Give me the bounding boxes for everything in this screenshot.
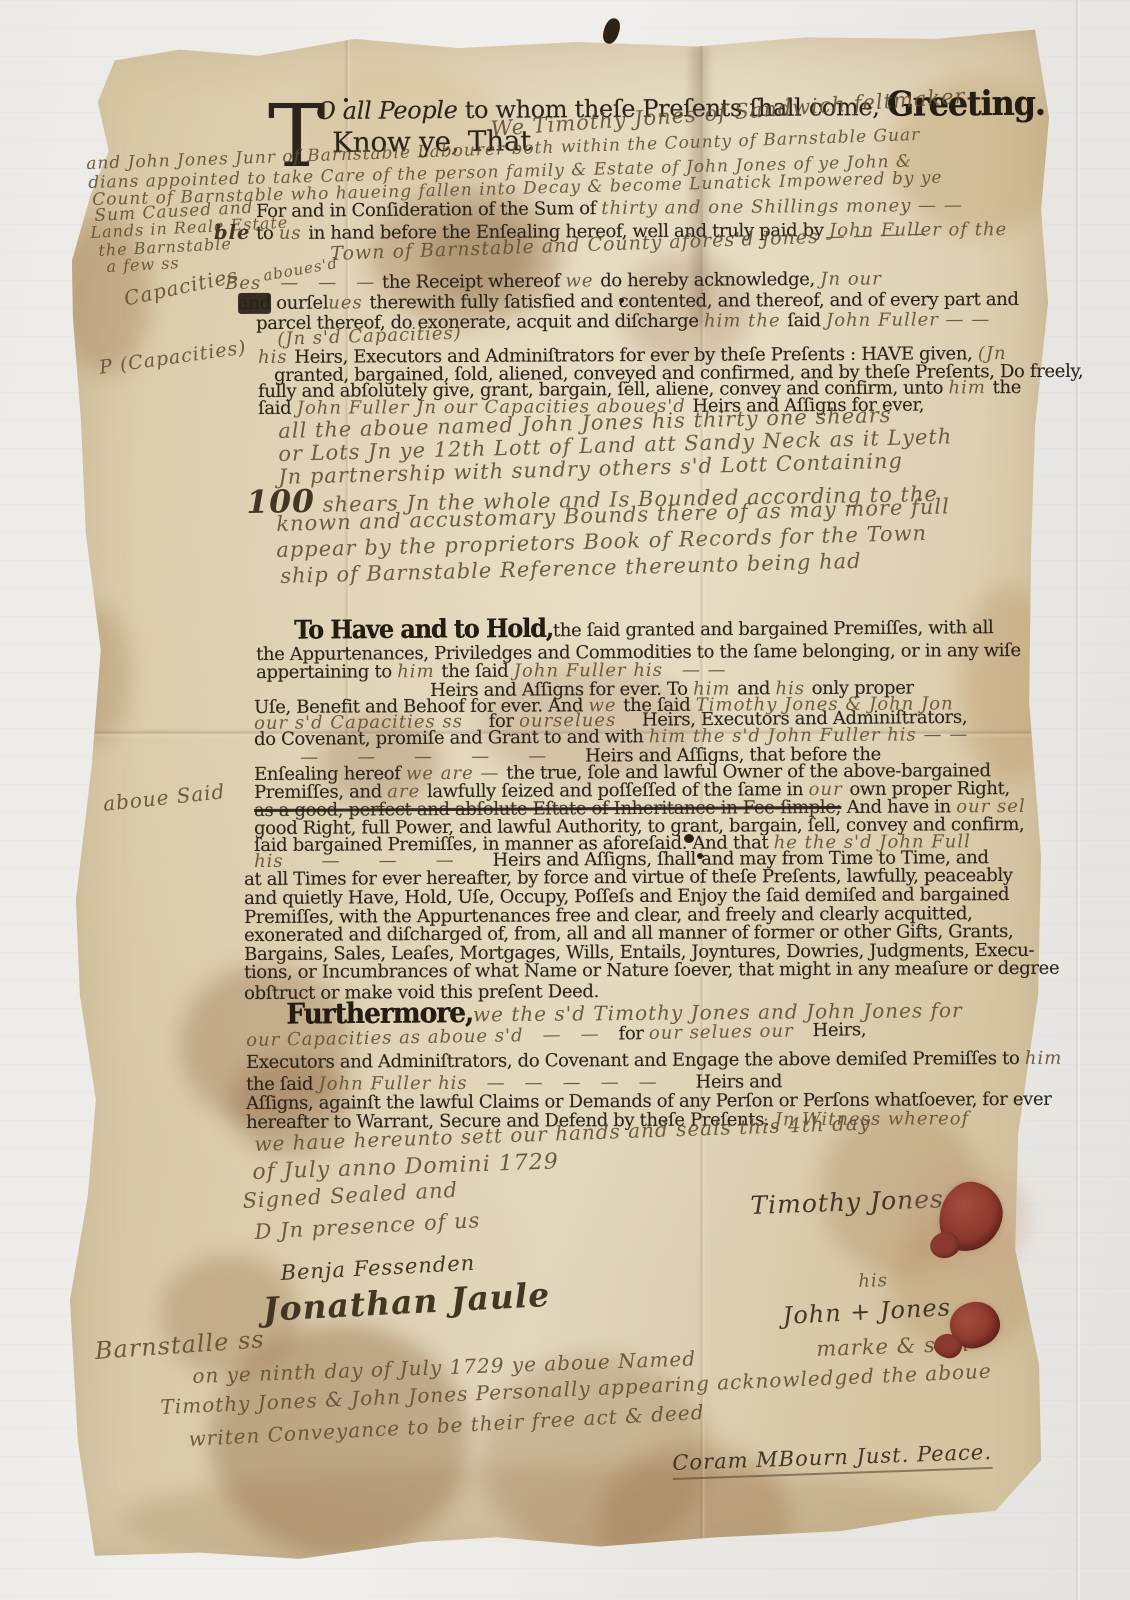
handwritten-text: Barnstalle ss [94,1325,266,1365]
handwritten-text: thirty and one Shillings money — — [601,195,963,219]
handwritten-text: a few ss [106,253,180,276]
blackletter-text: To Have and to Hold, [294,614,553,644]
printed-text: appertaining to [256,661,397,683]
printed-text: the ſaid granted and bargained Premiſſes… [553,617,994,641]
printed-text: ſaid [258,398,297,419]
handwritten-text: P (Capacities) [98,336,248,378]
handwritten-text: his [858,1270,888,1292]
printed-text: Heirs, [812,1019,866,1041]
printed-italic-text: O all People [316,96,458,125]
printed-text: the Receipt whereof [382,271,566,293]
printed-text: ourſel [271,293,328,314]
handwritten-text: Coram MBourn Just. Peace. [672,1440,992,1475]
document-line-tions-incumbrances: tions, or Incumbrances of what Name or N… [244,959,1059,983]
handwritten-text: aboue Said [102,779,227,816]
handwritten-text: him the [704,310,787,331]
document-line-m-capacities-2: P (Capacities) [98,337,248,378]
handwritten-text: us [279,223,309,244]
printed-text: to [256,223,279,244]
handwritten-text: our selues our [649,1020,813,1044]
printed-text: do hereby acknowledge, [600,269,820,292]
document-line-sig-jonathan: Jonathan Jaule [262,1277,551,1328]
printed-text: Executors and Adminiſtrators, do Covenan… [246,1048,1025,1073]
handwritten-text: we [565,270,600,291]
document-line-hw-presence: D Jn presence of us [254,1209,481,1244]
inkblot-covered-text: and [238,293,271,314]
ink-blot [344,98,348,102]
document-line-tohave: To Have and to Hold, the ſaid granted an… [294,612,993,643]
printed-text: for [618,1023,649,1045]
document-line-hw-ble: ble [214,222,250,243]
document-line-exec-admin: Executors and Adminiſtrators, do Covenan… [246,1049,1062,1073]
handwritten-text: ues [328,292,369,313]
blackletter-text: Furthermore, [286,997,473,1030]
ink-blot [697,853,703,859]
photo-of-document: TO all People to whom theſe Preſents ſha… [0,0,1130,1600]
handwritten-bold-text: ble [214,221,250,244]
handwritten-text: him [1025,1048,1063,1069]
ink-blot [684,834,694,843]
document-line-hw-margin-7: a few ss [106,254,180,275]
handwritten-text: John + Jones [782,1293,952,1330]
ink-blot [619,298,624,303]
document-line-m-aboue-said: aboue Said [102,780,226,815]
handwritten-text: Jn our [820,268,882,289]
printed-text: For and in Conſideration of the Sum of [256,198,601,222]
document-line-hw-his: his [858,1271,888,1292]
document-line-sig-coram: Coram MBourn Just. Peace. [672,1441,993,1480]
document-line-consideration: For and in Conſideration of the Sum of t… [256,196,963,222]
handwritten-text: D Jn presence of us [254,1208,481,1244]
printed-text: ſaid [787,310,826,331]
document-line-sig-john-jones: John + Jones [782,1294,952,1329]
printed-text: the [993,377,1022,398]
handwritten-text: him [948,377,992,398]
document-text-layer: TO all People to whom theſe Preſents ſha… [0,0,1130,1600]
document-line-hw-barnstable-ss: Barnstalle ss [94,1326,265,1364]
handwritten-text: John Fuller — — [826,309,990,331]
printed-text: tions, or Incumbrances of what Name or N… [244,958,1059,983]
